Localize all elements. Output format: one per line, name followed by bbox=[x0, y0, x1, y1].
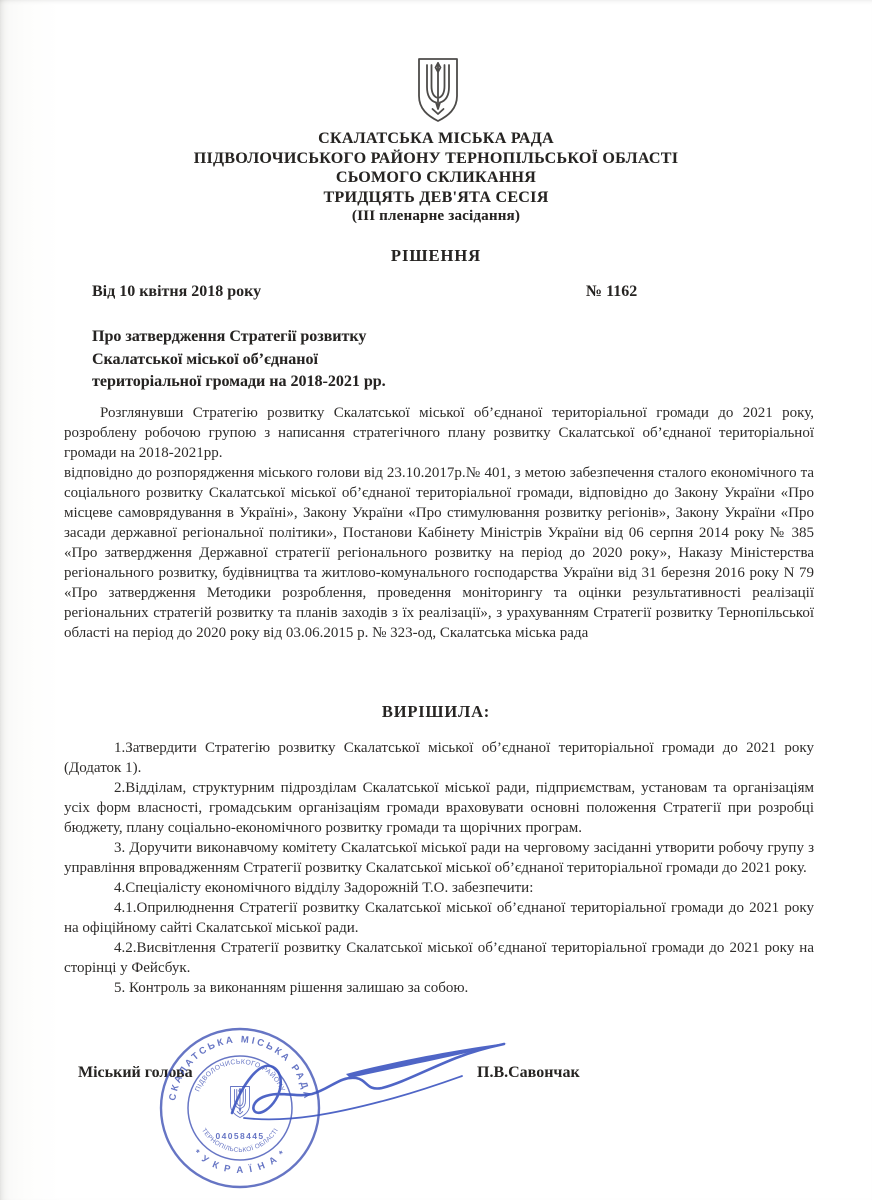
decision-item: 4.Спеціалісту економічного відділу Задор… bbox=[64, 878, 814, 898]
stamp-code: 04058445 bbox=[215, 1131, 264, 1141]
document-date: Від 10 квітня 2018 року bbox=[92, 283, 261, 301]
document-number: № 1162 bbox=[586, 283, 637, 301]
decision-items: 1.Затвердити Стратегію розвитку Скалатсь… bbox=[64, 738, 814, 998]
preamble-paragraph: відповідно до розпорядження міського гол… bbox=[64, 463, 814, 643]
handwritten-signature bbox=[200, 1030, 520, 1130]
convocation-line: СЬОМОГО СКЛИКАННЯ bbox=[6, 168, 866, 188]
decision-item: 3. Доручити виконавчому комітету Скалатс… bbox=[64, 838, 814, 878]
decision-item: 2.Відділам, структурним підрозділам Скал… bbox=[64, 778, 814, 838]
preamble-paragraph: Розглянувши Стратегію розвитку Скалатськ… bbox=[64, 403, 814, 463]
subject-line: територіальної громади на 2018-2021 рр. bbox=[92, 371, 386, 394]
decision-item: 4.2.Висвітлення Стратегії розвитку Скала… bbox=[64, 938, 814, 978]
ukraine-trident-emblem bbox=[415, 56, 461, 124]
decision-item: 1.Затвердити Стратегію розвитку Скалатсь… bbox=[64, 738, 814, 778]
resolved-heading: ВИРІШИЛА: bbox=[0, 702, 872, 722]
decision-item: 4.1.Оприлюднення Стратегії розвитку Скал… bbox=[64, 898, 814, 938]
session-line: ТРИДЦЯТЬ ДЕВ'ЯТА СЕСІЯ bbox=[6, 188, 866, 208]
preamble: Розглянувши Стратегію розвитку Скалатськ… bbox=[64, 403, 814, 643]
subject-line: Скалатської міської об’єднаної bbox=[92, 349, 386, 372]
council-name: СКАЛАТСЬКА МІСЬКА РАДА bbox=[6, 129, 866, 149]
decision-item: 5. Контроль за виконанням рішення залиша… bbox=[64, 978, 814, 998]
district-line: ПІДВОЛОЧИСЬКОГО РАЙОНУ ТЕРНОПІЛЬСЬКОЇ ОБ… bbox=[6, 149, 866, 169]
document-page: СКАЛАТСЬКА МІСЬКА РАДА ПІДВОЛОЧИСЬКОГО Р… bbox=[0, 0, 872, 1200]
document-type-title: РІШЕННЯ bbox=[0, 246, 872, 266]
plenary-line: (ІІІ пленарне засідання) bbox=[6, 207, 866, 227]
document-subject: Про затвердження Стратегії розвитку Скал… bbox=[92, 326, 386, 394]
signature-flourish bbox=[346, 1043, 507, 1078]
letterhead: СКАЛАТСЬКА МІСЬКА РАДА ПІДВОЛОЧИСЬКОГО Р… bbox=[6, 129, 866, 227]
subject-line: Про затвердження Стратегії розвитку bbox=[92, 326, 386, 349]
